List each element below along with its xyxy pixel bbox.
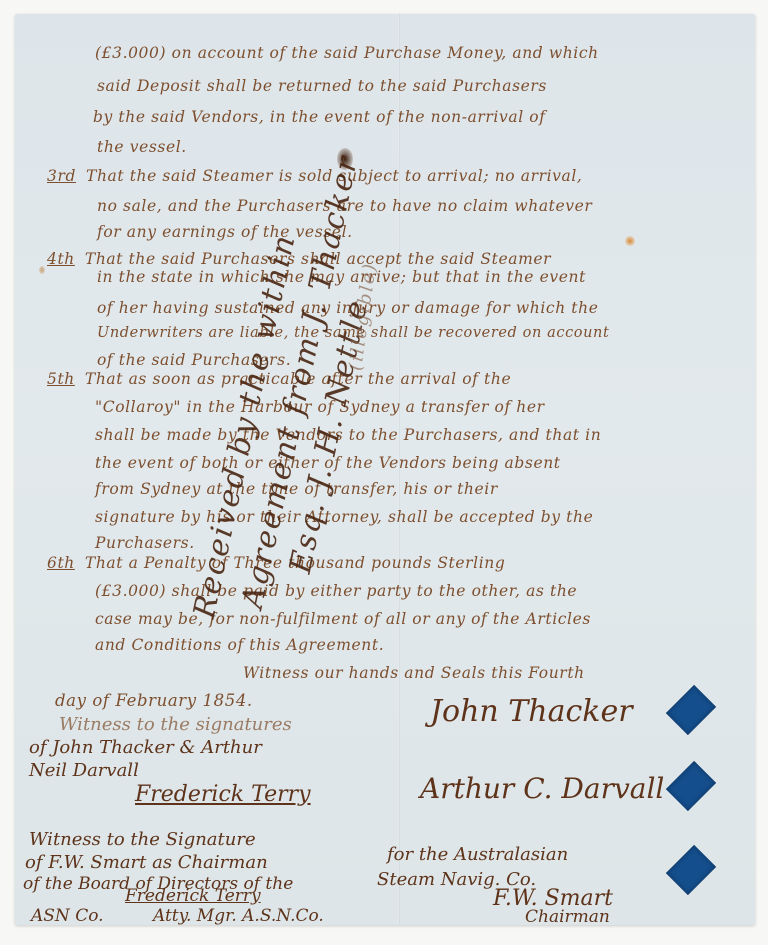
signature-arthur-darvall: Arthur C. Darvall bbox=[420, 772, 664, 805]
witness-block-2-line: Atty. Mgr. A.S.N.Co. bbox=[153, 906, 324, 926]
company-line: for the Australasian bbox=[387, 844, 568, 865]
date-line: day of February 1854. bbox=[55, 691, 253, 710]
witness-block-2-line: Witness to the Signature bbox=[29, 829, 256, 850]
witness-block-1-line: Neil Darvall bbox=[29, 760, 139, 781]
witness-line: Witness our hands and Seals this Fourth bbox=[243, 664, 585, 682]
clause-line: (£3.000) shall be paid by either party t… bbox=[95, 582, 577, 600]
body-line: said Deposit shall be returned to the sa… bbox=[97, 77, 547, 95]
witness-block-2-line: of F.W. Smart as Chairman bbox=[25, 852, 268, 873]
clause-line: signature by his or their Attorney, shal… bbox=[95, 508, 593, 526]
clause-3: 3rdThat the said Steamer is sold subject… bbox=[47, 167, 582, 185]
manuscript-page: (£3.000) on account of the said Purchase… bbox=[15, 14, 755, 925]
clause-number: 5th bbox=[47, 370, 75, 388]
wax-seal-wafer bbox=[666, 761, 716, 811]
body-line: the vessel. bbox=[97, 138, 187, 156]
wax-seal-wafer bbox=[666, 685, 716, 735]
clause-5: 5thThat as soon as practicable after the… bbox=[47, 370, 511, 388]
foxing-spot bbox=[39, 266, 45, 274]
clause-number: 6th bbox=[47, 554, 75, 572]
body-line: (£3.000) on account of the said Purchase… bbox=[95, 44, 599, 62]
clause-number: 4th bbox=[47, 250, 75, 268]
clause-line: Purchasers. bbox=[95, 534, 195, 552]
foxing-spot bbox=[625, 236, 635, 246]
witness-block-1-line: Witness to the signatures bbox=[59, 714, 292, 735]
witness-signature-terry: Frederick Terry bbox=[135, 782, 311, 807]
clause-line: and Conditions of this Agreement. bbox=[95, 636, 384, 654]
clause-number: 3rd bbox=[47, 167, 76, 185]
witness-block-2-line: ASN Co. bbox=[31, 906, 104, 926]
witness-block-1-line: of John Thacker & Arthur bbox=[29, 737, 262, 758]
wax-seal-wafer bbox=[666, 845, 716, 895]
body-line: by the said Vendors, in the event of the… bbox=[93, 108, 546, 126]
witness-signature-terry-2: Frederick Terry bbox=[125, 886, 261, 906]
signature-john-thacker: John Thacker bbox=[430, 694, 633, 729]
signature-role: Chairman bbox=[525, 907, 610, 927]
clause-line: case may be, for non-fulfilment of all o… bbox=[95, 610, 591, 628]
